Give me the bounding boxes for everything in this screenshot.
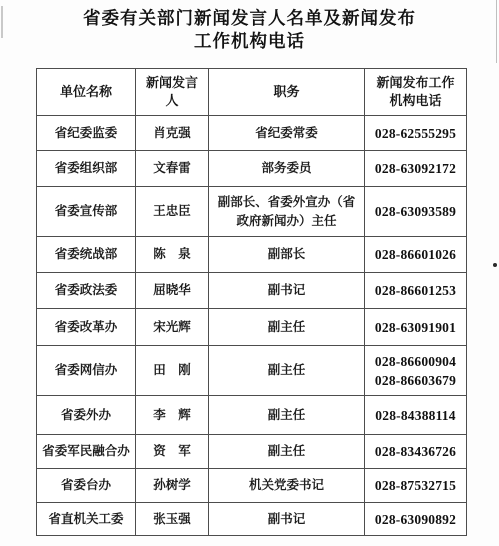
position-cell: 副主任 (209, 435, 365, 469)
stray-dot-artifact (493, 263, 497, 267)
position-cell: 副主任 (209, 309, 365, 346)
name-cell: 文春雷 (136, 151, 209, 187)
table-row: 省委宣传部 王忠臣 副部长、省委外宣办（省政府新闻办）主任 028-630935… (37, 187, 467, 237)
phone-cell: 028-62555295 (365, 116, 467, 151)
unit-cell: 省委政法委 (37, 273, 136, 309)
table-row: 省委网信办 田 刚 副主任 028-86600904 028-86603679 (37, 346, 467, 396)
unit-cell: 省委宣传部 (37, 187, 136, 237)
name-cell: 肖克强 (136, 116, 209, 151)
unit-cell: 省委改革办 (37, 309, 136, 346)
unit-cell: 省委统战部 (37, 237, 136, 273)
name-cell: 孙树学 (136, 469, 209, 503)
name-cell: 陈 泉 (136, 237, 209, 273)
name-cell: 田 刚 (136, 346, 209, 396)
header-phone: 新闻发布工作 机构电话 (365, 69, 467, 116)
table-row: 省委改革办 宋光辉 副主任 028-63091901 (37, 309, 467, 346)
position-cell: 部务委员 (209, 151, 365, 187)
table-row: 省委政法委 屈晓华 副书记 028-86601253 (37, 273, 467, 309)
phone-cell: 028-63092172 (365, 151, 467, 187)
name-cell: 宋光辉 (136, 309, 209, 346)
table-row: 省委统战部 陈 泉 副部长 028-86601026 (37, 237, 467, 273)
unit-cell: 省委外办 (37, 396, 136, 435)
unit-cell: 省委组织部 (37, 151, 136, 187)
spokesperson-table: 单位名称 新闻发言人 职务 新闻发布工作 机构电话 省纪委监委 肖克强 省纪委常… (36, 68, 467, 536)
name-cell: 王忠臣 (136, 187, 209, 237)
phone-cell: 028-86601026 (365, 237, 467, 273)
name-cell: 李 辉 (136, 396, 209, 435)
position-cell: 副主任 (209, 396, 365, 435)
unit-cell: 省委网信办 (37, 346, 136, 396)
table-row: 省直机关工委 张玉强 副书记 028-63090892 (37, 503, 467, 536)
table-row: 省委军民融合办 资 军 副主任 028-83436726 (37, 435, 467, 469)
table-row: 省委外办 李 辉 副主任 028-84388114 (37, 396, 467, 435)
table-row: 省纪委监委 肖克强 省纪委常委 028-62555295 (37, 116, 467, 151)
position-cell: 副书记 (209, 273, 365, 309)
page-title: 省委有关部门新闻发言人名单及新闻发布 工作机构电话 (0, 7, 499, 53)
name-cell: 屈晓华 (136, 273, 209, 309)
table-row: 省委台办 孙树学 机关党委书记 028-87532715 (37, 469, 467, 503)
table-row: 省委组织部 文春雷 部务委员 028-63092172 (37, 151, 467, 187)
phone-cell: 028-63091901 (365, 309, 467, 346)
phone-cell: 028-86600904 028-86603679 (365, 346, 467, 396)
position-cell: 机关党委书记 (209, 469, 365, 503)
header-position: 职务 (209, 69, 365, 116)
unit-cell: 省直机关工委 (37, 503, 136, 536)
scan-edge-artifact-right (496, 0, 497, 63)
phone-cell: 028-63093589 (365, 187, 467, 237)
phone-cell: 028-84388114 (365, 396, 467, 435)
table-header-row: 单位名称 新闻发言人 职务 新闻发布工作 机构电话 (37, 69, 467, 116)
phone-cell: 028-87532715 (365, 469, 467, 503)
unit-cell: 省委台办 (37, 469, 136, 503)
phone-cell: 028-86601253 (365, 273, 467, 309)
unit-cell: 省纪委监委 (37, 116, 136, 151)
name-cell: 张玉强 (136, 503, 209, 536)
phone-cell: 028-63090892 (365, 503, 467, 536)
name-cell: 资 军 (136, 435, 209, 469)
header-unit: 单位名称 (37, 69, 136, 116)
position-cell: 副部长 (209, 237, 365, 273)
position-cell: 副主任 (209, 346, 365, 396)
phone-cell: 028-83436726 (365, 435, 467, 469)
position-cell: 省纪委常委 (209, 116, 365, 151)
position-cell: 副书记 (209, 503, 365, 536)
scan-edge-artifact-left (1, 6, 3, 38)
header-spokesperson: 新闻发言人 (136, 69, 209, 116)
unit-cell: 省委军民融合办 (37, 435, 136, 469)
position-cell: 副部长、省委外宣办（省政府新闻办）主任 (209, 187, 365, 237)
